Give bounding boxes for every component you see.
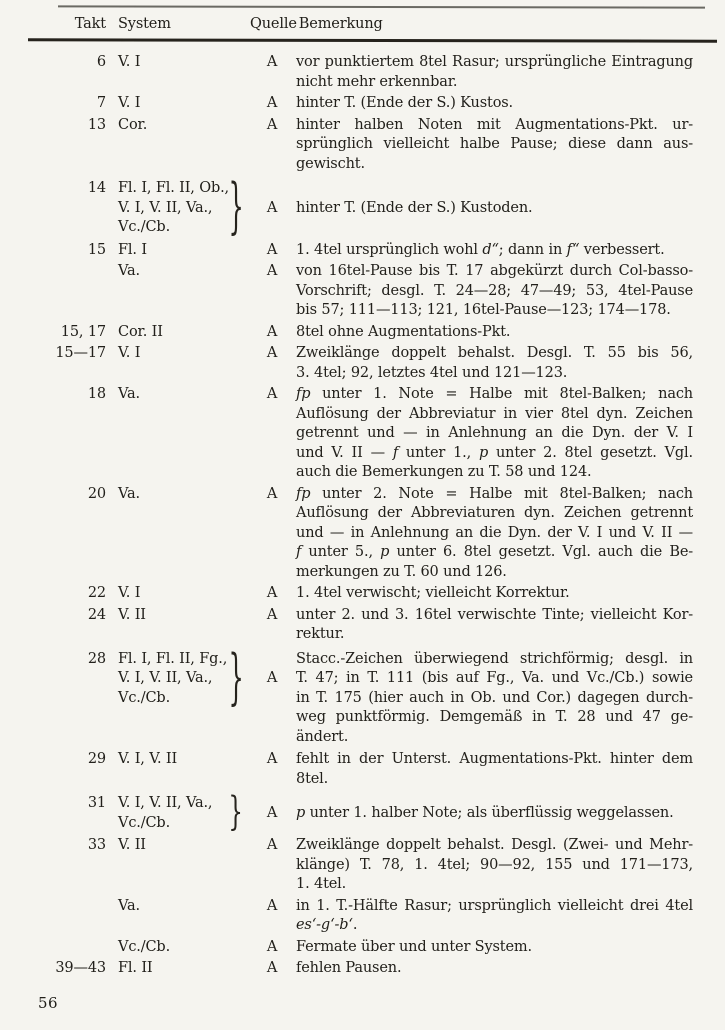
- quelle-cell: A: [250, 116, 294, 136]
- takt-cell: 20: [38, 485, 106, 505]
- system-line: Fl. II: [118, 959, 244, 979]
- table-row: 15, 17Cor. IIA8tel ohne Augmentations-Pk…: [38, 323, 693, 343]
- system-line: V. II: [118, 606, 244, 626]
- takt-cell: 18: [38, 385, 106, 405]
- remark-line: und V. II — f unter 1., p unter 2. 8tel …: [296, 444, 693, 464]
- remark-cell: Stacc.-Zeichen überwiegend strichförmig;…: [296, 650, 693, 748]
- system-cell: Va.: [118, 385, 244, 405]
- takt-cell: 15: [38, 241, 106, 261]
- table-row: 15Fl. IA1. 4tel ursprünglich wohl d“; da…: [38, 241, 693, 261]
- remark-line: 3. 4tel; 92, letztes 4tel und 121—123.: [296, 364, 693, 384]
- remark-line: 1. 4tel ursprünglich wohl d“; dann in f“…: [296, 241, 693, 261]
- table-row: 39—43Fl. IIAfehlen Pausen.: [38, 959, 693, 979]
- system-cell: Fl. I, Fl. II, Ob.,V. I, V. II, Va.,Vc./…: [118, 179, 244, 238]
- remark-line: 1. 4tel verwischt; vielleicht Korrektur.: [296, 584, 693, 604]
- system-line: V. I, V. II, Va.,: [118, 669, 244, 689]
- remark-line: f unter 5., p unter 6. 8tel gesetzt. Vgl…: [296, 543, 693, 563]
- column-header-takt: Takt: [38, 15, 106, 35]
- remark-cell: hinter T. (Ende der S.) Kustos.: [296, 94, 693, 114]
- table-row: 18Va.Afp unter 1. Note = Halbe mit 8tel-…: [38, 385, 693, 483]
- system-line: Va.: [118, 485, 244, 505]
- system-line: Va.: [118, 262, 244, 282]
- takt-cell: 6: [38, 53, 106, 73]
- remark-line: Auflösung der Abbreviaturen dyn. Zeichen…: [296, 504, 693, 524]
- quelle-cell: A: [250, 938, 294, 958]
- table-row: Vc./Cb.AFermate über und unter System.: [38, 938, 693, 958]
- remark-line: Zweiklänge doppelt behalst. Desgl. T. 55…: [296, 344, 693, 364]
- remark-line: ändert.: [296, 728, 693, 748]
- remark-cell: vor punktiertem 8tel Rasur; ursprünglich…: [296, 53, 693, 92]
- quelle-cell: A: [250, 836, 294, 856]
- table-row: Va.Ain 1. T.-Hälfte Rasur; ursprünglich …: [38, 897, 693, 936]
- system-line: Fl. I, Fl. II, Ob.,: [118, 179, 244, 199]
- remark-cell: Zweiklänge doppelt behalst. Desgl. (Zwei…: [296, 836, 693, 895]
- takt-cell: 39—43: [38, 959, 106, 979]
- quelle-cell: A: [250, 385, 294, 405]
- system-cell: V. I, V. II, Va.,Vc./Cb.: [118, 794, 244, 833]
- quelle-cell: A: [250, 485, 294, 505]
- table-row: 6V. IAvor punktiertem 8tel Rasur; ursprü…: [38, 53, 693, 92]
- system-cell: Fl. I, Fl. II, Fg.,V. I, V. II, Va.,Vc./…: [118, 650, 244, 709]
- table-row: 20Va.Afp unter 2. Note = Halbe mit 8tel-…: [38, 485, 693, 583]
- system-line: Va.: [118, 897, 244, 917]
- remark-line: auch die Bemerkungen zu T. 58 und 124.: [296, 463, 693, 483]
- system-line: Fl. I: [118, 241, 244, 261]
- table-row: 15—17V. IAZweiklänge doppelt behalst. De…: [38, 344, 693, 383]
- table-row: Va.Avon 16tel-Pause bis T. 17 abgekürzt …: [38, 262, 693, 321]
- remark-cell: fp unter 1. Note = Halbe mit 8tel-Balken…: [296, 385, 693, 483]
- system-line: V. I: [118, 584, 244, 604]
- remark-line: hinter halben Noten mit Augmentations-Pk…: [296, 116, 693, 136]
- remark-line: gewischt.: [296, 155, 693, 175]
- quelle-cell: A: [250, 794, 294, 823]
- table-row: 14Fl. I, Fl. II, Ob.,V. I, V. II, Va.,Vc…: [38, 179, 693, 238]
- remark-line: nicht mehr erkennbar.: [296, 73, 693, 93]
- remark-cell: fehlt in der Unterst. Augmentations-Pkt.…: [296, 750, 693, 789]
- quelle-cell: A: [250, 323, 294, 343]
- remark-line: klänge) T. 78, 1. 4tel; 90—92, 155 und 1…: [296, 856, 693, 876]
- quelle-cell: A: [250, 650, 294, 689]
- system-cell: Cor. II: [118, 323, 244, 343]
- top-rule: [58, 5, 705, 8]
- remark-cell: von 16tel-Pause bis T. 17 abgekürzt durc…: [296, 262, 693, 321]
- remark-line: hinter T. (Ende der S.) Kustos.: [296, 94, 693, 114]
- takt-cell: 15—17: [38, 344, 106, 364]
- remark-line: Zweiklänge doppelt behalst. Desgl. (Zwei…: [296, 836, 693, 856]
- system-cell: Fl. I: [118, 241, 244, 261]
- remark-line: in T. 175 (hier auch in Ob. und Cor.) da…: [296, 689, 693, 709]
- remark-line: von 16tel-Pause bis T. 17 abgekürzt durc…: [296, 262, 693, 282]
- remark-cell: hinter T. (Ende der S.) Kustoden.: [296, 179, 693, 218]
- page-number: 56: [38, 994, 58, 1014]
- quelle-cell: A: [250, 750, 294, 770]
- system-line: V. I: [118, 53, 244, 73]
- system-cell: V. I: [118, 584, 244, 604]
- table-header: Takt System Quelle Bemerkung: [38, 15, 693, 35]
- remark-line: Fermate über und unter System.: [296, 938, 693, 958]
- remark-cell: 1. 4tel ursprünglich wohl d“; dann in f“…: [296, 241, 693, 261]
- page: Takt System Quelle Bemerkung 6V. IAvor p…: [0, 0, 725, 1030]
- takt-cell: 22: [38, 584, 106, 604]
- remark-line: weg punktförmig. Demgemäß in T. 28 und 4…: [296, 708, 693, 728]
- system-line: V. II: [118, 836, 244, 856]
- takt-cell: 15, 17: [38, 323, 106, 343]
- remark-line: bis 57; 111—113; 121, 16tel-Pause—123; 1…: [296, 301, 693, 321]
- system-cell: V. II: [118, 606, 244, 626]
- system-line: V. I, V. II, Va.,: [118, 199, 244, 219]
- system-line: V. I, V. II: [118, 750, 244, 770]
- takt-cell: 24: [38, 606, 106, 626]
- system-cell: Fl. II: [118, 959, 244, 979]
- takt-cell: 33: [38, 836, 106, 856]
- remark-line: fehlen Pausen.: [296, 959, 693, 979]
- remark-line: unter 2. und 3. 16tel verwischte Tinte; …: [296, 606, 693, 626]
- remark-line: vor punktiertem 8tel Rasur; ursprünglich…: [296, 53, 693, 73]
- system-line: V. I: [118, 94, 244, 114]
- table-row: 24V. IIAunter 2. und 3. 16tel verwischte…: [38, 606, 693, 645]
- system-cell: Va.: [118, 262, 244, 282]
- remark-cell: p unter 1. halber Note; als überflüssig …: [296, 794, 693, 823]
- column-header-quelle: Quelle: [250, 15, 297, 35]
- remark-cell: 8tel ohne Augmentations-Pkt.: [296, 323, 693, 343]
- system-cell: V. I, V. II: [118, 750, 244, 770]
- column-header-system: System: [118, 15, 244, 35]
- table-rows: 6V. IAvor punktiertem 8tel Rasur; ursprü…: [38, 51, 693, 979]
- remark-line: Auflösung der Abbreviatur in vier 8tel d…: [296, 405, 693, 425]
- remark-line: getrennt und — in Anlehnung an die Dyn. …: [296, 424, 693, 444]
- quelle-cell: A: [250, 959, 294, 979]
- remark-cell: fehlen Pausen.: [296, 959, 693, 979]
- remark-line: T. 47; in T. 111 (bis auf Fg., Va. und V…: [296, 669, 693, 689]
- takt-cell: 28: [38, 650, 106, 670]
- remark-line: sprünglich vielleicht halbe Pause; diese…: [296, 135, 693, 155]
- takt-cell: 14: [38, 179, 106, 199]
- remark-cell: hinter halben Noten mit Augmentations-Pk…: [296, 116, 693, 175]
- system-line: Cor. II: [118, 323, 244, 343]
- system-line: Va.: [118, 385, 244, 405]
- quelle-cell: A: [250, 94, 294, 114]
- remark-line: und — in Anlehnung an die Dyn. der V. I …: [296, 524, 693, 544]
- remark-line: Stacc.-Zeichen überwiegend strichförmig;…: [296, 650, 693, 670]
- remark-cell: in 1. T.-Hälfte Rasur; ursprünglich viel…: [296, 897, 693, 936]
- table-row: 7V. IAhinter T. (Ende der S.) Kustos.: [38, 94, 693, 114]
- remark-cell: fp unter 2. Note = Halbe mit 8tel-Balken…: [296, 485, 693, 583]
- takt-cell: 7: [38, 94, 106, 114]
- remark-line: rektur.: [296, 625, 693, 645]
- remark-line: Vorschrift; desgl. T. 24—28; 47—49; 53, …: [296, 282, 693, 302]
- system-cell: V. II: [118, 836, 244, 856]
- takt-cell: 29: [38, 750, 106, 770]
- remark-cell: unter 2. und 3. 16tel verwischte Tinte; …: [296, 606, 693, 645]
- quelle-cell: A: [250, 262, 294, 282]
- remark-line: fehlt in der Unterst. Augmentations-Pkt.…: [296, 750, 693, 770]
- table-row: 13Cor.Ahinter halben Noten mit Augmentat…: [38, 116, 693, 175]
- column-header-bemerkung: Bemerkung: [299, 15, 693, 35]
- system-cell: Va.: [118, 897, 244, 917]
- quelle-cell: A: [250, 584, 294, 604]
- quelle-cell: A: [250, 241, 294, 261]
- quelle-cell: A: [250, 53, 294, 73]
- table-row: 29V. I, V. IIAfehlt in der Unterst. Augm…: [38, 750, 693, 789]
- system-line: Vc./Cb.: [118, 218, 244, 238]
- quelle-cell: A: [250, 897, 294, 917]
- remark-line: in 1. T.-Hälfte Rasur; ursprünglich viel…: [296, 897, 693, 917]
- remark-cell: Fermate über und unter System.: [296, 938, 693, 958]
- header-rule: [28, 38, 717, 42]
- system-line: Vc./Cb.: [118, 938, 244, 958]
- system-cell: Vc./Cb.: [118, 938, 244, 958]
- system-line: V. I: [118, 344, 244, 364]
- system-cell: V. I: [118, 94, 244, 114]
- system-line: V. I, V. II, Va.,: [118, 794, 244, 814]
- takt-cell: 13: [38, 116, 106, 136]
- system-line: Fl. I, Fl. II, Fg.,: [118, 650, 244, 670]
- system-cell: Va.: [118, 485, 244, 505]
- table-row: 28Fl. I, Fl. II, Fg.,V. I, V. II, Va.,Vc…: [38, 650, 693, 748]
- remark-line: hinter T. (Ende der S.) Kustoden.: [296, 199, 693, 219]
- remark-line: 8tel ohne Augmentations-Pkt.: [296, 323, 693, 343]
- quelle-cell: A: [250, 344, 294, 364]
- remark-line: fp unter 1. Note = Halbe mit 8tel-Balken…: [296, 385, 693, 405]
- remark-line: 8tel.: [296, 770, 693, 790]
- remark-line: merkungen zu T. 60 und 126.: [296, 563, 693, 583]
- remark-line: 1. 4tel.: [296, 875, 693, 895]
- remark-cell: Zweiklänge doppelt behalst. Desgl. T. 55…: [296, 344, 693, 383]
- remark-cell: 1. 4tel verwischt; vielleicht Korrektur.: [296, 584, 693, 604]
- system-cell: V. I: [118, 344, 244, 364]
- quelle-cell: A: [250, 179, 294, 218]
- remark-line: p unter 1. halber Note; als überflüssig …: [296, 804, 693, 824]
- quelle-cell: A: [250, 606, 294, 626]
- table-row: 22V. IA1. 4tel verwischt; vielleicht Kor…: [38, 584, 693, 604]
- system-line: Cor.: [118, 116, 244, 136]
- takt-cell: 31: [38, 794, 106, 814]
- table-row: 33V. IIAZweiklänge doppelt behalst. Desg…: [38, 836, 693, 895]
- table-row: 31V. I, V. II, Va.,Vc./Cb.}Ap unter 1. h…: [38, 794, 693, 833]
- system-line: Vc./Cb.: [118, 814, 244, 834]
- remark-line: es‘-g‘-b‘.: [296, 916, 693, 936]
- system-cell: Cor.: [118, 116, 244, 136]
- system-cell: V. I: [118, 53, 244, 73]
- remark-line: fp unter 2. Note = Halbe mit 8tel-Balken…: [296, 485, 693, 505]
- system-line: Vc./Cb.: [118, 689, 244, 709]
